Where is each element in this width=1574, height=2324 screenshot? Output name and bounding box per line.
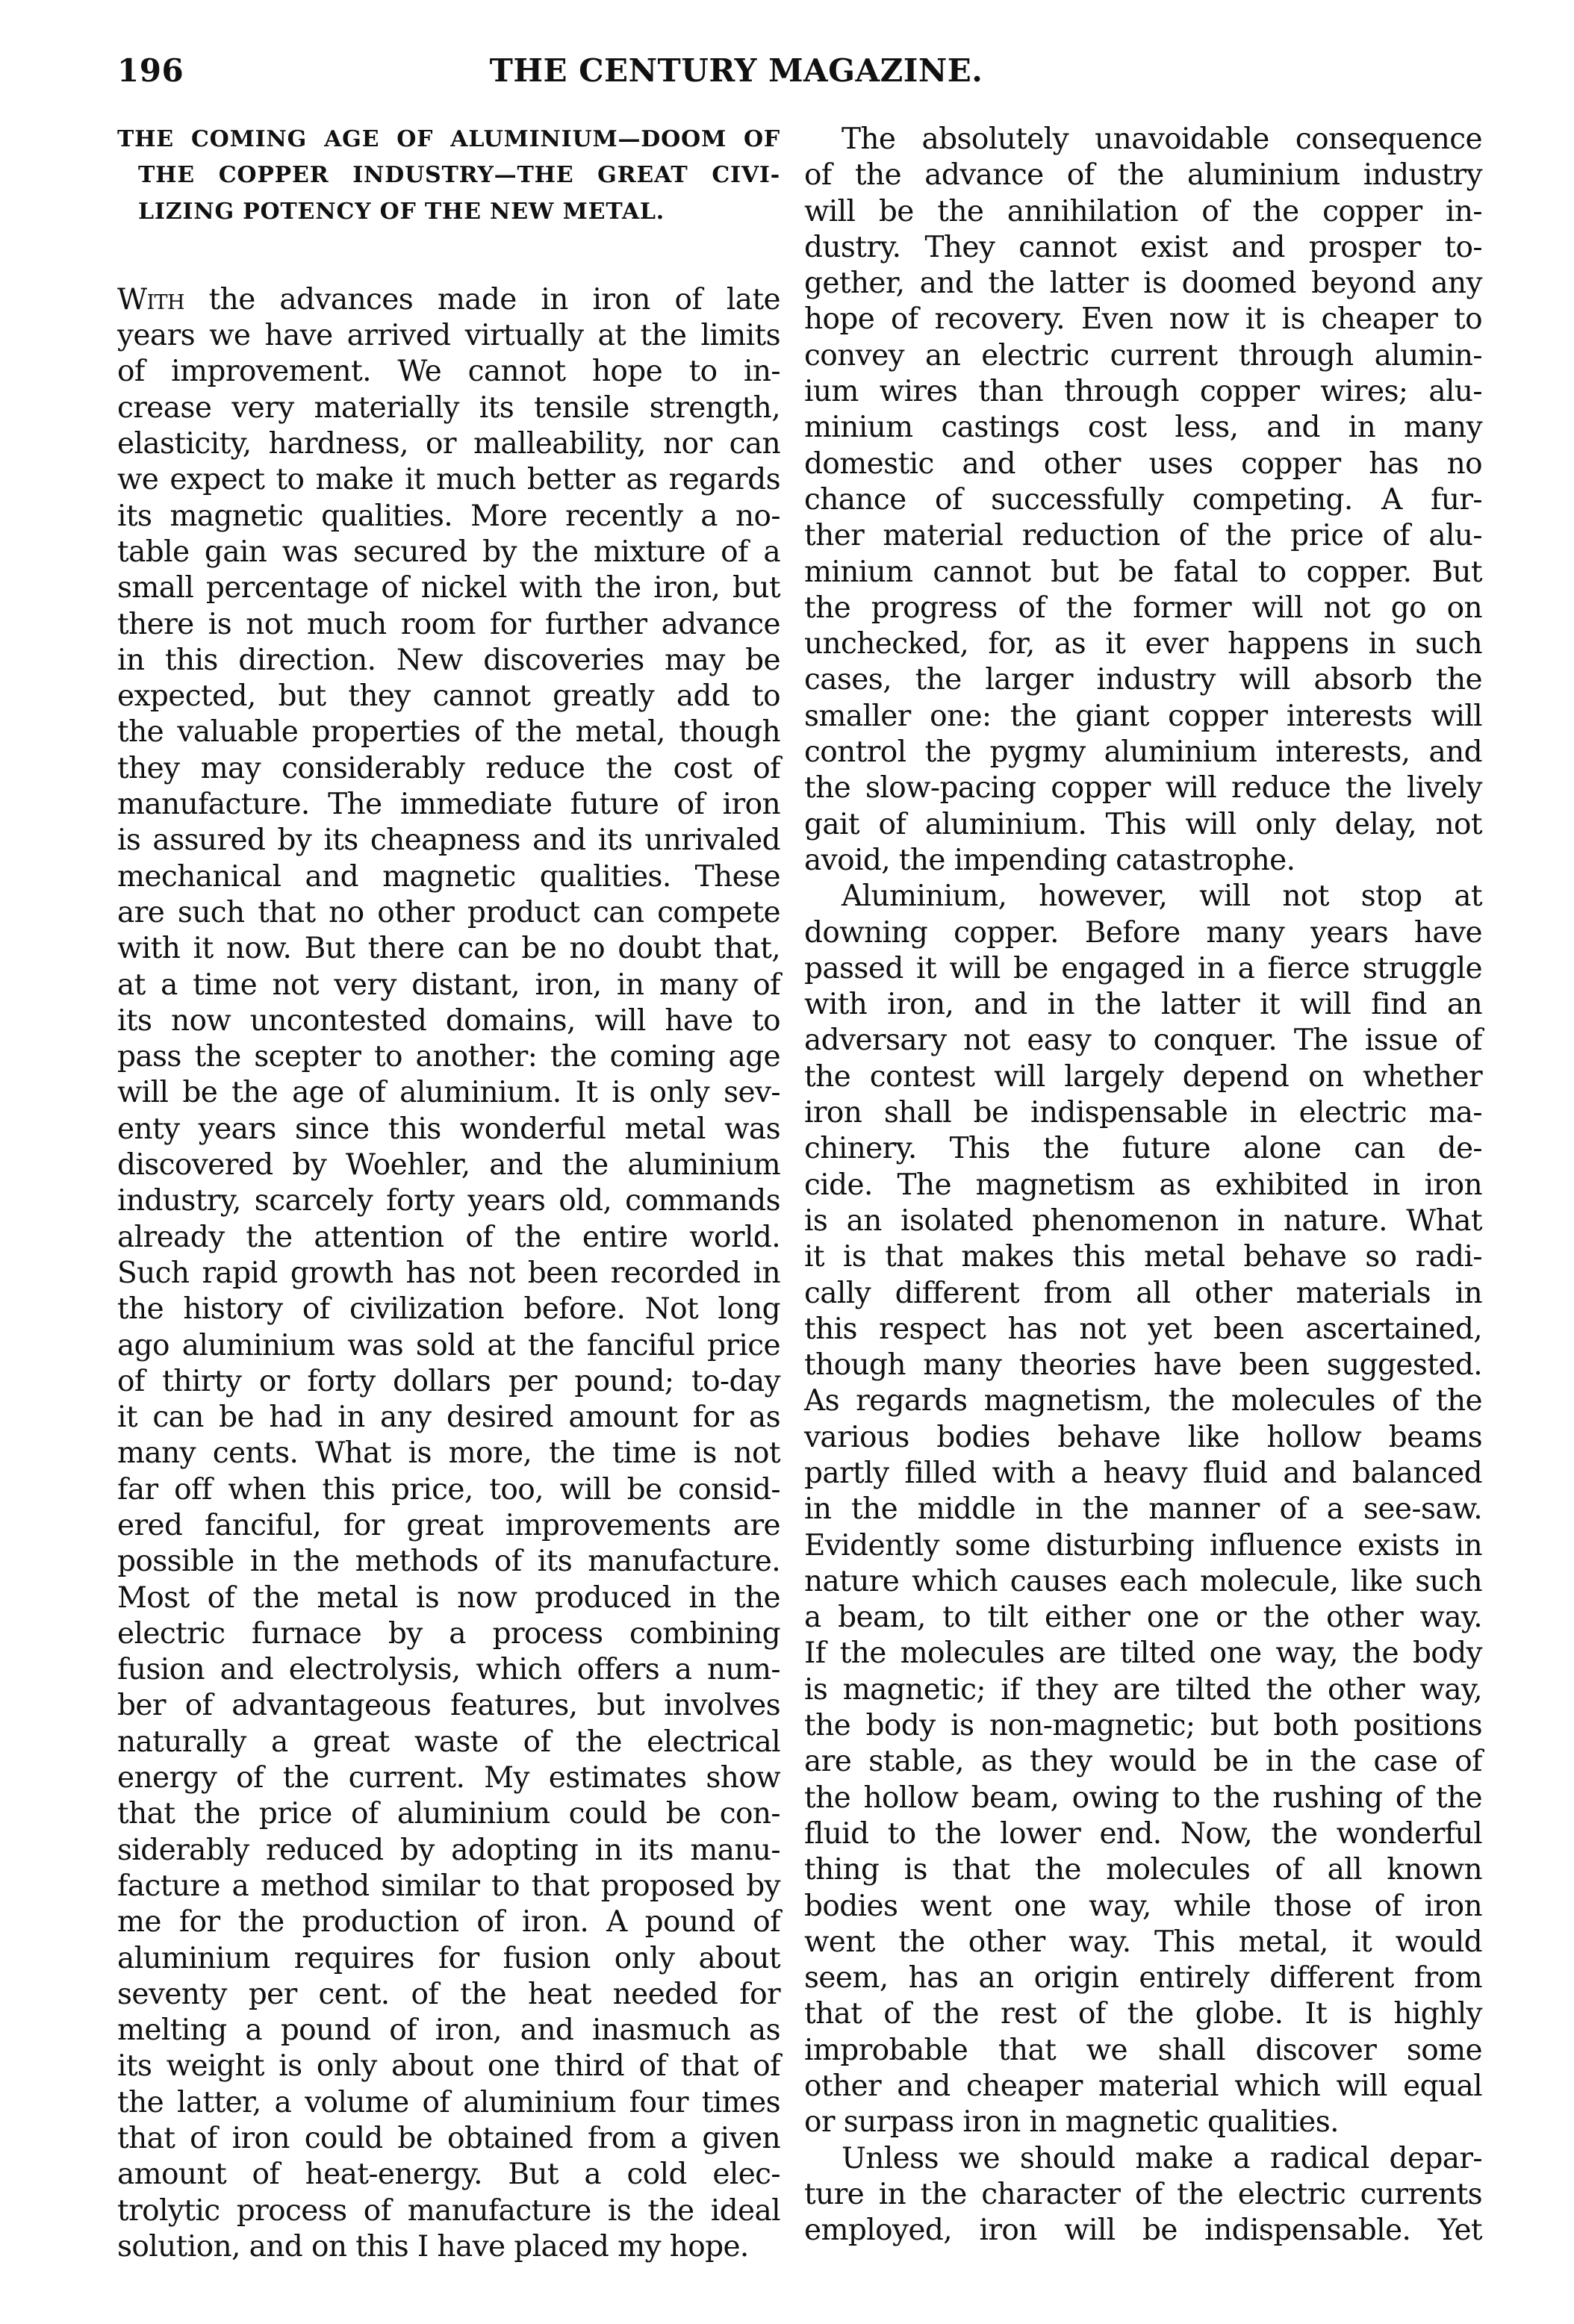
paragraph-line: a beam, to tilt either one or the other … (804, 1600, 1482, 1636)
paragraph-line: ber of advantageous features, but involv… (117, 1688, 780, 1724)
paragraph-line: trolytic process of manufacture is the i… (117, 2193, 780, 2229)
paragraph-line: pass the scepter to another: the coming … (117, 1039, 780, 1075)
paragraph-line: Aluminium, however, will not stop at (804, 879, 1482, 915)
paragraph-line: dustry. They cannot exist and prosper to… (804, 230, 1482, 266)
paragraph-line: downing copper. Before many years have (804, 915, 1482, 951)
paragraph-line: it can be had in any desired amount for … (117, 1400, 780, 1436)
paragraph-line: facture a method similar to that propose… (117, 1869, 780, 1904)
paragraph-line: expected, but they cannot greatly add to (117, 679, 780, 714)
paragraph-line: possible in the methods of its manufactu… (117, 1544, 780, 1580)
paragraph-line: iron shall be indispensable in electric … (804, 1095, 1482, 1131)
paragraph-line: small percentage of nickel with the iron… (117, 570, 780, 606)
paragraph-1: With the advances made in iron of late y… (117, 282, 780, 2265)
paragraph-line: control the pygmy aluminium interests, a… (804, 735, 1482, 770)
paragraph-line: electric furnace by a process combining (117, 1616, 780, 1652)
paragraph-line: naturally a great waste of the electrica… (117, 1725, 780, 1760)
right-column: The absolutely unavoidable consequenceof… (804, 122, 1482, 2249)
paragraph-line: are such that no other product can compe… (117, 895, 780, 931)
paragraph-line: they may considerably reduce the cost of (117, 751, 780, 787)
paragraph-line: that the price of aluminium could be con… (117, 1796, 780, 1832)
paragraph-line: partly filled with a heavy fluid and bal… (804, 1456, 1482, 1492)
paragraph-line: solution, and on this I have placed my h… (117, 2229, 780, 2265)
paragraph-line: that of the rest of the globe. It is hig… (804, 1996, 1482, 2032)
paragraph-line: nature which causes each molecule, like … (804, 1564, 1482, 1600)
paragraph-line: domestic and other uses copper has no (804, 446, 1482, 482)
paragraph-line: gait of aluminium. This will only delay,… (804, 807, 1482, 843)
paragraph-line: of improvement. We cannot hope to in- (117, 354, 780, 390)
paragraph-line: ther material reduction of the price of … (804, 518, 1482, 554)
paragraph-line: cases, the larger industry will absorb t… (804, 662, 1482, 698)
paragraph-2: The absolutely unavoidable consequenceof… (804, 122, 1482, 879)
section-heading: THE COMING AGE OF ALUMINIUM—DOOM OF THE … (117, 122, 780, 230)
paragraph-line: of the advance of the aluminium industry (804, 158, 1482, 193)
paragraph-line: we expect to make it much better as rega… (117, 462, 780, 498)
paragraph-line: will be the annihilation of the copper i… (804, 194, 1482, 230)
paragraph-line: cally different from all other materials… (804, 1276, 1482, 1312)
paragraph-4: Unless we should make a radical depar-tu… (804, 2141, 1482, 2249)
paragraph-line: the latter, a volume of aluminium four t… (117, 2085, 780, 2121)
magazine-title: THE CENTURY MAGAZINE. (117, 52, 1482, 89)
paragraph-line: elasticity, hardness, or malleability, n… (117, 426, 780, 462)
paragraph-line: industry, scarcely forty years old, comm… (117, 1183, 780, 1219)
paragraph-line: minium castings cost less, and in many (804, 410, 1482, 446)
section-heading-line: THE COMING AGE OF ALUMINIUM—DOOM OF (117, 122, 780, 158)
paragraph-line: the valuable properties of the metal, th… (117, 714, 780, 750)
paragraph-line: in this direction. New discoveries may b… (117, 643, 780, 679)
lead-word: With (117, 283, 184, 317)
paragraph-line: cide. The magnetism as exhibited in iron (804, 1168, 1482, 1203)
section-heading-line: THE COPPER INDUSTRY—THE GREAT CIVI- (117, 158, 780, 193)
paragraph-line: or surpass iron in magnetic qualities. (804, 2105, 1482, 2140)
heading-spacer (117, 230, 780, 282)
paragraph-line: the hollow beam, owing to the rushing of… (804, 1781, 1482, 1816)
paragraph-line: ered fanciful, for great improvements ar… (117, 1508, 780, 1544)
paragraph-line: though many theories have been suggested… (804, 1348, 1482, 1383)
paragraph-line: thing is that the molecules of all known (804, 1852, 1482, 1888)
paragraph-line: manufacture. The immediate future of iro… (117, 787, 780, 823)
paragraph-line: far off when this price, too, will be co… (117, 1472, 780, 1508)
paragraph-line: Most of the metal is now produced in the (117, 1580, 780, 1616)
paragraph-line: its now uncontested domains, will have t… (117, 1003, 780, 1039)
paragraph-line: minium cannot but be fatal to copper. Bu… (804, 555, 1482, 591)
paragraph-line: me for the production of iron. A pound o… (117, 1904, 780, 1940)
paragraph-line: in the middle in the manner of a see-saw… (804, 1492, 1482, 1527)
running-head: 196 THE CENTURY MAGAZINE. (117, 52, 1482, 97)
paragraph-line: Unless we should make a radical depar- (804, 2141, 1482, 2177)
paragraph-line: seventy per cent. of the heat needed for (117, 1977, 780, 2013)
paragraph-line: hope of recovery. Even now it is cheaper… (804, 302, 1482, 337)
paragraph-line: at a time not very distant, iron, in man… (117, 968, 780, 1003)
paragraph-line: mechanical and magnetic qualities. These (117, 859, 780, 895)
section-heading-line: LIZING POTENCY OF THE NEW METAL. (117, 194, 780, 230)
paragraph-line: the progress of the former will not go o… (804, 591, 1482, 626)
paragraph-line: of thirty or forty dollars per pound; to… (117, 1364, 780, 1400)
paragraph-line: there is not much room for further advan… (117, 607, 780, 643)
paragraph-line: ago aluminium was sold at the fanciful p… (117, 1328, 780, 1364)
left-column: THE COMING AGE OF ALUMINIUM—DOOM OF THE … (117, 122, 780, 2265)
paragraph-line: aluminium requires for fusion only about (117, 1941, 780, 1977)
paragraph-line: years we have arrived virtually at the l… (117, 318, 780, 354)
paragraph-line: As regards magnetism, the molecules of t… (804, 1383, 1482, 1419)
paragraph-line: Evidently some disturbing influence exis… (804, 1528, 1482, 1564)
paragraph-line: gether, and the latter is doomed beyond … (804, 266, 1482, 302)
paragraph-line: it is that makes this metal behave so ra… (804, 1239, 1482, 1275)
paragraph-line: with it now. But there can be no doubt t… (117, 931, 780, 967)
paragraph-line: melting a pound of iron, and inasmuch as (117, 2013, 780, 2049)
paragraph-line: that of iron could be obtained from a gi… (117, 2121, 780, 2157)
paragraph-line: discovered by Woehler, and the aluminium (117, 1147, 780, 1183)
paragraph-line: bodies went one way, while those of iron (804, 1889, 1482, 1925)
paragraph-line: other and cheaper material which will eq… (804, 2069, 1482, 2105)
paragraph-line: is magnetic; if they are tilted the othe… (804, 1672, 1482, 1708)
paragraph-line: smaller one: the giant copper interests … (804, 699, 1482, 735)
paragraph-line: siderably reduced by adopting in its man… (117, 1833, 780, 1869)
paragraph-line: chinery. This the future alone can de- (804, 1131, 1482, 1167)
paragraph-line: already the attention of the entire worl… (117, 1220, 780, 1256)
paragraph-line: the history of civilization before. Not … (117, 1292, 780, 1327)
paragraph-line: crease very materially its tensile stren… (117, 390, 780, 426)
paragraph-line: table gain was secured by the mixture of… (117, 535, 780, 570)
paragraph-line: will be the age of aluminium. It is only… (117, 1075, 780, 1111)
paragraph-line: ium wires than through copper wires; alu… (804, 374, 1482, 410)
paragraph-line: its magnetic qualities. More recently a … (117, 499, 780, 535)
paragraph-3: Aluminium, however, will not stop atdown… (804, 879, 1482, 2140)
paragraph-line: fluid to the lower end. Now, the wonderf… (804, 1816, 1482, 1852)
paragraph-line: many cents. What is more, the time is no… (117, 1436, 780, 1471)
paragraph-line: unchecked, for, as it ever happens in su… (804, 626, 1482, 662)
paragraph-line: with iron, and in the latter it will fin… (804, 987, 1482, 1023)
paragraph-line: Such rapid growth has not been recorded … (117, 1256, 780, 1292)
paragraph-line: are stable, as they would be in the case… (804, 1744, 1482, 1780)
lead-line-rest: the advances made in iron of late (184, 283, 780, 317)
paragraph-line: the body is non-magnetic; but both posit… (804, 1708, 1482, 1744)
paragraph-line: energy of the current. My estimates show (117, 1760, 780, 1796)
paragraph-line: improbable that we shall discover some (804, 2033, 1482, 2069)
paragraph-line: this respect has not yet been ascertaine… (804, 1312, 1482, 1348)
paragraph-line: With the advances made in iron of late (117, 282, 780, 318)
paragraph-line: passed it will be engaged in a fierce st… (804, 951, 1482, 987)
paragraph-line: convey an electric current through alumi… (804, 338, 1482, 374)
paragraph-line: If the molecules are tilted one way, the… (804, 1636, 1482, 1672)
paragraph-line: is an isolated phenomenon in nature. Wha… (804, 1203, 1482, 1239)
paragraph-line: seem, has an origin entirely different f… (804, 1960, 1482, 1996)
paragraph-line: adversary not easy to conquer. The issue… (804, 1023, 1482, 1059)
paragraph-line: employed, iron will be indispensable. Ye… (804, 2213, 1482, 2249)
paragraph-line: ture in the character of the electric cu… (804, 2177, 1482, 2213)
paragraph-line: enty years since this wonderful metal wa… (117, 1112, 780, 1147)
paragraph-line: the contest will largely depend on wheth… (804, 1059, 1482, 1095)
paragraph-line: amount of heat-energy. But a cold elec- (117, 2157, 780, 2193)
paragraph-line: chance of successfully competing. A fur- (804, 482, 1482, 518)
paragraph-line: The absolutely unavoidable consequence (804, 122, 1482, 158)
paragraph-line: went the other way. This metal, it would (804, 1925, 1482, 1960)
paragraph-line: avoid, the impending catastrophe. (804, 843, 1482, 879)
paragraph-line: is assured by its cheapness and its unri… (117, 823, 780, 859)
paragraph-line: fusion and electrolysis, which offers a … (117, 1652, 780, 1688)
paragraph-line: its weight is only about one third of th… (117, 2049, 780, 2084)
paragraph-line: the slow-pacing copper will reduce the l… (804, 770, 1482, 806)
paragraph-line: various bodies behave like hollow beams (804, 1420, 1482, 1456)
